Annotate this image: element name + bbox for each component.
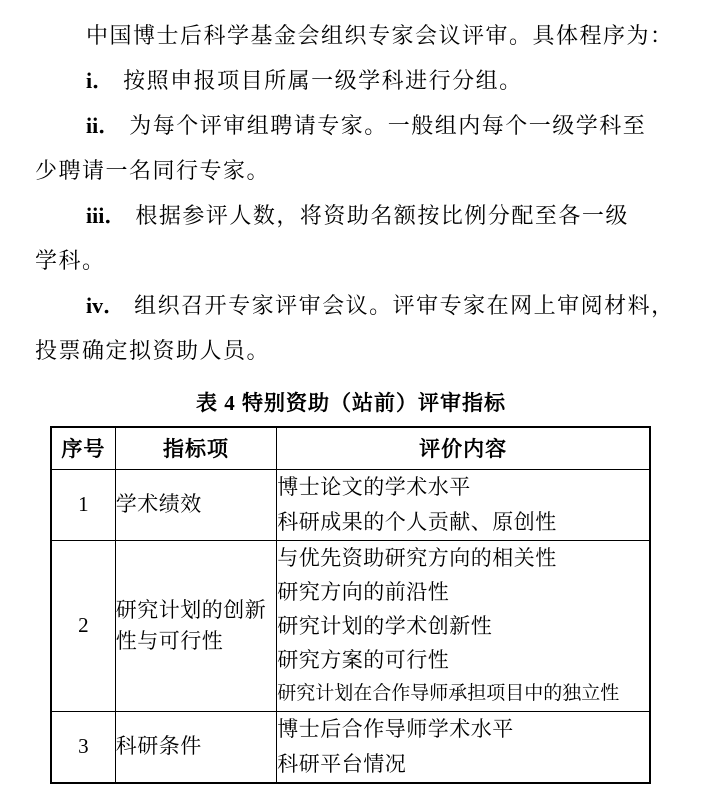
indicator-line: 学术绩效 [116,489,277,520]
indicator-line: 科研条件 [116,731,277,762]
table-row: 2 研究计划的创新 性与可行性 与优先资助研究方向的相关性 研究方向的前沿性 研… [51,540,650,711]
indicator-line: 研究计划的创新 [116,595,277,626]
content-line: 研究计划在合作导师承担项目中的独立性 [277,677,649,711]
paragraph-line: ii．为每个评审组聘请专家。一般组内每个一级学科至 [35,103,692,148]
header-cell-content: 评价内容 [277,427,650,469]
paragraph-line: 学科。 [35,238,692,283]
paragraph-line: 投票确定拟资助人员。 [35,328,692,373]
table-row: 3 科研条件 博士后合作导师学术水平 科研平台情况 [51,711,650,783]
list-marker: i． [86,68,114,93]
paragraph-line: 少聘请一名同行专家。 [35,148,692,193]
content-line: 博士后合作导师学术水平 [277,712,649,747]
paragraph-text: 按照申报项目所属一级学科进行分组。 [123,68,523,93]
header-cell-number: 序号 [51,427,115,469]
paragraph: i．按照申报项目所属一级学科进行分组。 [35,58,692,103]
content-cell: 博士论文的学术水平 科研成果的个人贡献、原创性 [277,469,650,540]
content-line: 博士论文的学术水平 [277,470,649,505]
paragraph-line: 中国博士后科学基金会组织专家会议评审。具体程序为： [35,13,692,58]
paragraph: 中国博士后科学基金会组织专家会议评审。具体程序为： [35,13,692,58]
paragraph-line: iv．组织召开专家评审会议。评审专家在网上审阅材料， [35,283,692,328]
content-cell: 与优先资助研究方向的相关性 研究方向的前沿性 研究计划的学术创新性 研究方案的可… [277,540,650,711]
content-line: 与优先资助研究方向的相关性 [277,541,649,575]
content-line: 科研成果的个人贡献、原创性 [277,505,649,540]
paragraph-text: 为每个评审组聘请专家。一般组内每个一级学科至 [129,113,646,138]
content-cell: 博士后合作导师学术水平 科研平台情况 [277,711,650,783]
paragraph: ii．为每个评审组聘请专家。一般组内每个一级学科至 少聘请一名同行专家。 [35,103,692,193]
header-cell-indicator: 指标项 [115,427,277,469]
paragraph-text: 根据参评人数，将资助名额按比例分配至各一级 [135,203,629,228]
indicator-cell: 科研条件 [115,711,277,783]
paragraph-text: 组织召开专家评审会议。评审专家在网上审阅材料， [134,293,675,318]
body-text: 中国博士后科学基金会组织专家会议评审。具体程序为： i．按照申报项目所属一级学科… [0,0,702,373]
indicator-cell: 研究计划的创新 性与可行性 [115,540,277,711]
list-marker: iii． [86,203,126,228]
table-row: 1 学术绩效 博士论文的学术水平 科研成果的个人贡献、原创性 [51,469,650,540]
row-number-cell: 2 [51,540,115,711]
paragraph: iii．根据参评人数，将资助名额按比例分配至各一级 学科。 [35,193,692,283]
list-marker: iv． [86,293,125,318]
content-line: 科研平台情况 [277,747,649,782]
table-title: 表 4 特别资助（站前）评审指标 [0,388,702,418]
list-marker: ii． [86,113,120,138]
indicator-cell: 学术绩效 [115,469,277,540]
paragraph-line: i．按照申报项目所属一级学科进行分组。 [35,58,692,103]
document-page: 中国博士后科学基金会组织专家会议评审。具体程序为： i．按照申报项目所属一级学科… [0,0,702,804]
content-line: 研究方向的前沿性 [277,575,649,609]
content-line: 研究方案的可行性 [277,643,649,677]
paragraph-line: iii．根据参评人数，将资助名额按比例分配至各一级 [35,193,692,238]
paragraph: iv．组织召开专家评审会议。评审专家在网上审阅材料， 投票确定拟资助人员。 [35,283,692,373]
row-number-cell: 1 [51,469,115,540]
content-line: 研究计划的学术创新性 [277,609,649,643]
row-number-cell: 3 [51,711,115,783]
review-indicator-table: 序号 指标项 评价内容 1 学术绩效 博士论文的学术水平 科研成果的个人贡献、原… [50,426,651,784]
table-header-row: 序号 指标项 评价内容 [51,427,650,469]
indicator-line: 性与可行性 [116,626,277,657]
